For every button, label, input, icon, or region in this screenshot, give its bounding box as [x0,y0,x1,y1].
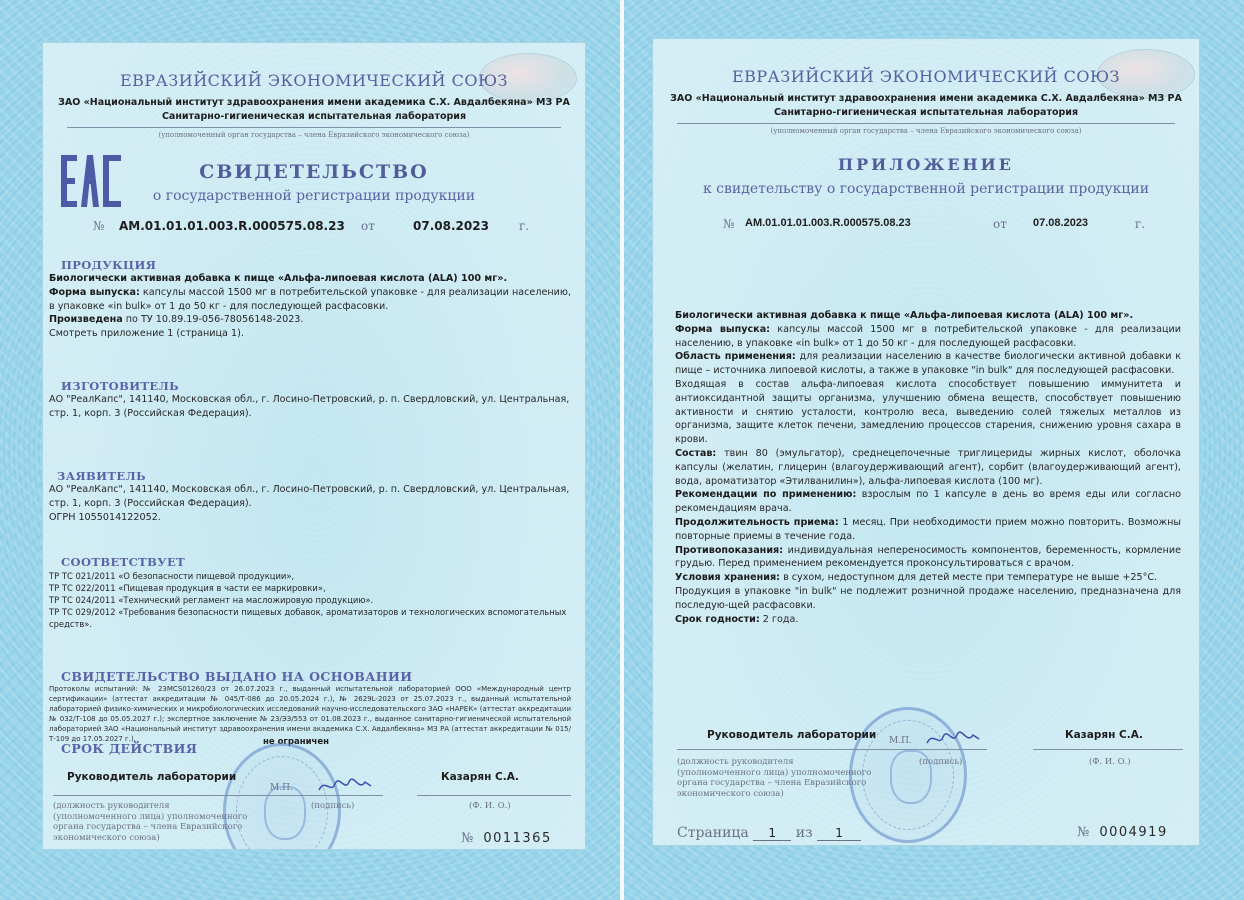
detail-form: Форма выпуска: капсулы массой 1500 мг в … [675,323,1181,351]
applicant-ogrn: ОГРН 1055014122052. [49,511,571,525]
product-section: Биологически активная добавка к пище «Ал… [49,272,571,341]
signatory-position: Руководитель лаборатории [67,771,236,783]
signature-caption: (подпись) [919,757,962,768]
laboratory-name: Санитарно-гигиеническая испытательная ла… [43,111,585,122]
name-line [417,795,571,796]
detail-composition: Состав: твин 80 (эмульгатор), среднецепо… [675,447,1181,488]
detail-application: Область применения: для реализации насел… [675,350,1181,378]
section-heading-product: ПРОДУКЦИЯ [61,258,156,272]
registration-row: № AM.01.01.01.003.R.000575.08.23 от 07.0… [93,219,553,239]
form-serial-number: №0004919 [1077,825,1168,840]
appendix-reference: Смотреть приложение 1 (страница 1). [49,327,571,341]
registration-number: AM.01.01.01.003.R.000575.08.23 [119,219,345,233]
laboratory-name: Санитарно-гигиеническая испытательная ла… [653,107,1199,118]
signatory-name: Казарян С.А. [441,771,519,783]
position-caption: (должность руководителя (уполномоченного… [53,801,247,843]
registration-date: 07.08.2023 [1033,217,1088,229]
union-title: ЕВРАЗИЙСКИЙ ЭКОНОМИЧЕСКИЙ СОЮЗ [43,71,585,90]
divider [67,127,561,128]
section-heading-validity: СРОК ДЕЙСТВИЯ [61,741,197,756]
signature-icon [923,729,983,749]
conformity-item: ТР ТС 022/2011 «Пищевая продукция в част… [49,582,571,594]
stamp-label: М.П. [270,783,293,794]
detail-storage: Условия хранения: в сухом, недоступном д… [675,571,1181,585]
detail-description: Входящая в состав альфа-липоевая кислота… [675,378,1181,447]
section-heading-conforms: СООТВЕТСТВУЕТ [61,555,185,569]
signature-caption: (подпись) [311,801,354,812]
institution-name: ЗАО «Национальный институт здравоохранен… [43,97,585,108]
section-heading-applicant: ЗАЯВИТЕЛЬ [57,469,146,483]
certificate-sheet: ЕВРАЗИЙСКИЙ ЭКОНОМИЧЕСКИЙ СОЮЗ ЗАО «Наци… [0,0,620,900]
document-subtitle: о государственной регистрации продукции [43,188,585,204]
appendix-sheet: ЕВРАЗИЙСКИЙ ЭКОНОМИЧЕСКИЙ СОЮЗ ЗАО «Наци… [624,0,1244,900]
signature-line [677,749,987,750]
basis-text: Протоколы испытаний: № 23MCS01260/23 от … [49,684,571,744]
signatory-position: Руководитель лаборатории [707,729,876,741]
detail-recommendations: Рекомендации по применению: взрослым по … [675,488,1181,516]
detail-contraindications: Противопоказания: индивидуальная неперен… [675,544,1181,572]
name-caption: (Ф. И. О.) [469,801,511,812]
document-title: ПРИЛОЖЕНИЕ [653,155,1199,174]
signatory-name: Казарян С.А. [1065,729,1143,741]
authority-note: (уполномоченный орган государства – член… [43,131,585,139]
authority-note: (уполномоченный орган государства – член… [653,127,1199,135]
section-heading-manufacturer: ИЗГОТОВИТЕЛЬ [61,379,179,393]
applicant-text: АО "РеалКапс", 141140, Московская обл., … [49,483,571,511]
registration-number: AM.01.01.01.003.R.000575.08.23 [745,217,911,229]
certificate-panel: ЕВРАЗИЙСКИЙ ЭКОНОМИЧЕСКИЙ СОЮЗ ЗАО «Наци… [42,42,586,850]
product-standard: по ТУ 10.89.19-056-78056148-2023. [123,314,304,325]
product-name: Биологически активная добавка к пище «Ал… [675,310,1133,321]
institution-name: ЗАО «Национальный институт здравоохранен… [653,93,1199,104]
conformity-item: ТР ТС 024/2011 «Технический регламент на… [49,594,571,606]
conformity-item: ТР ТС 029/2012 «Требования безопасности … [49,606,571,630]
conformity-item: ТР ТС 021/2011 «О безопасности пищевой п… [49,570,571,582]
page-counter: Страница 1 из 1 [677,825,861,841]
registration-row: № AM.01.01.01.003.R.000575.08.23 от 07.0… [723,217,1163,237]
name-line [1033,749,1183,750]
detail-bulk-note: Продукция в упаковке "in bulk" не подлеж… [675,585,1181,613]
detail-duration: Продолжительность приема: 1 месяц. При н… [675,516,1181,544]
divider [677,123,1175,124]
registration-date: 07.08.2023 [413,219,489,233]
conformity-list: ТР ТС 021/2011 «О безопасности пищевой п… [49,570,571,630]
page-current: 1 [753,826,791,841]
form-serial-number: №0011365 [461,831,552,846]
signature-icon [315,776,375,796]
section-heading-basis: СВИДЕТЕЛЬСТВО ВЫДАНО НА ОСНОВАНИИ [61,669,412,684]
stamp-label: М.П. [889,736,912,747]
document-subtitle: к свидетельству о государственной регист… [653,181,1199,197]
product-name: Биологически активная добавка к пище «Ал… [49,273,507,284]
appendix-details: Биологически активная добавка к пище «Ал… [675,309,1181,626]
name-caption: (Ф. И. О.) [1089,757,1131,768]
position-caption: (должность руководителя (уполномоченного… [677,757,871,799]
union-title: ЕВРАЗИЙСКИЙ ЭКОНОМИЧЕСКИЙ СОЮЗ [653,67,1199,86]
page-total: 1 [817,826,861,841]
document-title: СВИДЕТЕЛЬСТВО [43,161,585,183]
detail-shelf-life: Срок годности: 2 года. [675,613,1181,627]
manufacturer-text: АО "РеалКапс", 141140, Московская обл., … [49,393,571,421]
applicant-section: АО "РеалКапс", 141140, Московская обл., … [49,483,571,524]
appendix-panel: ЕВРАЗИЙСКИЙ ЭКОНОМИЧЕСКИЙ СОЮЗ ЗАО «Наци… [652,38,1200,846]
